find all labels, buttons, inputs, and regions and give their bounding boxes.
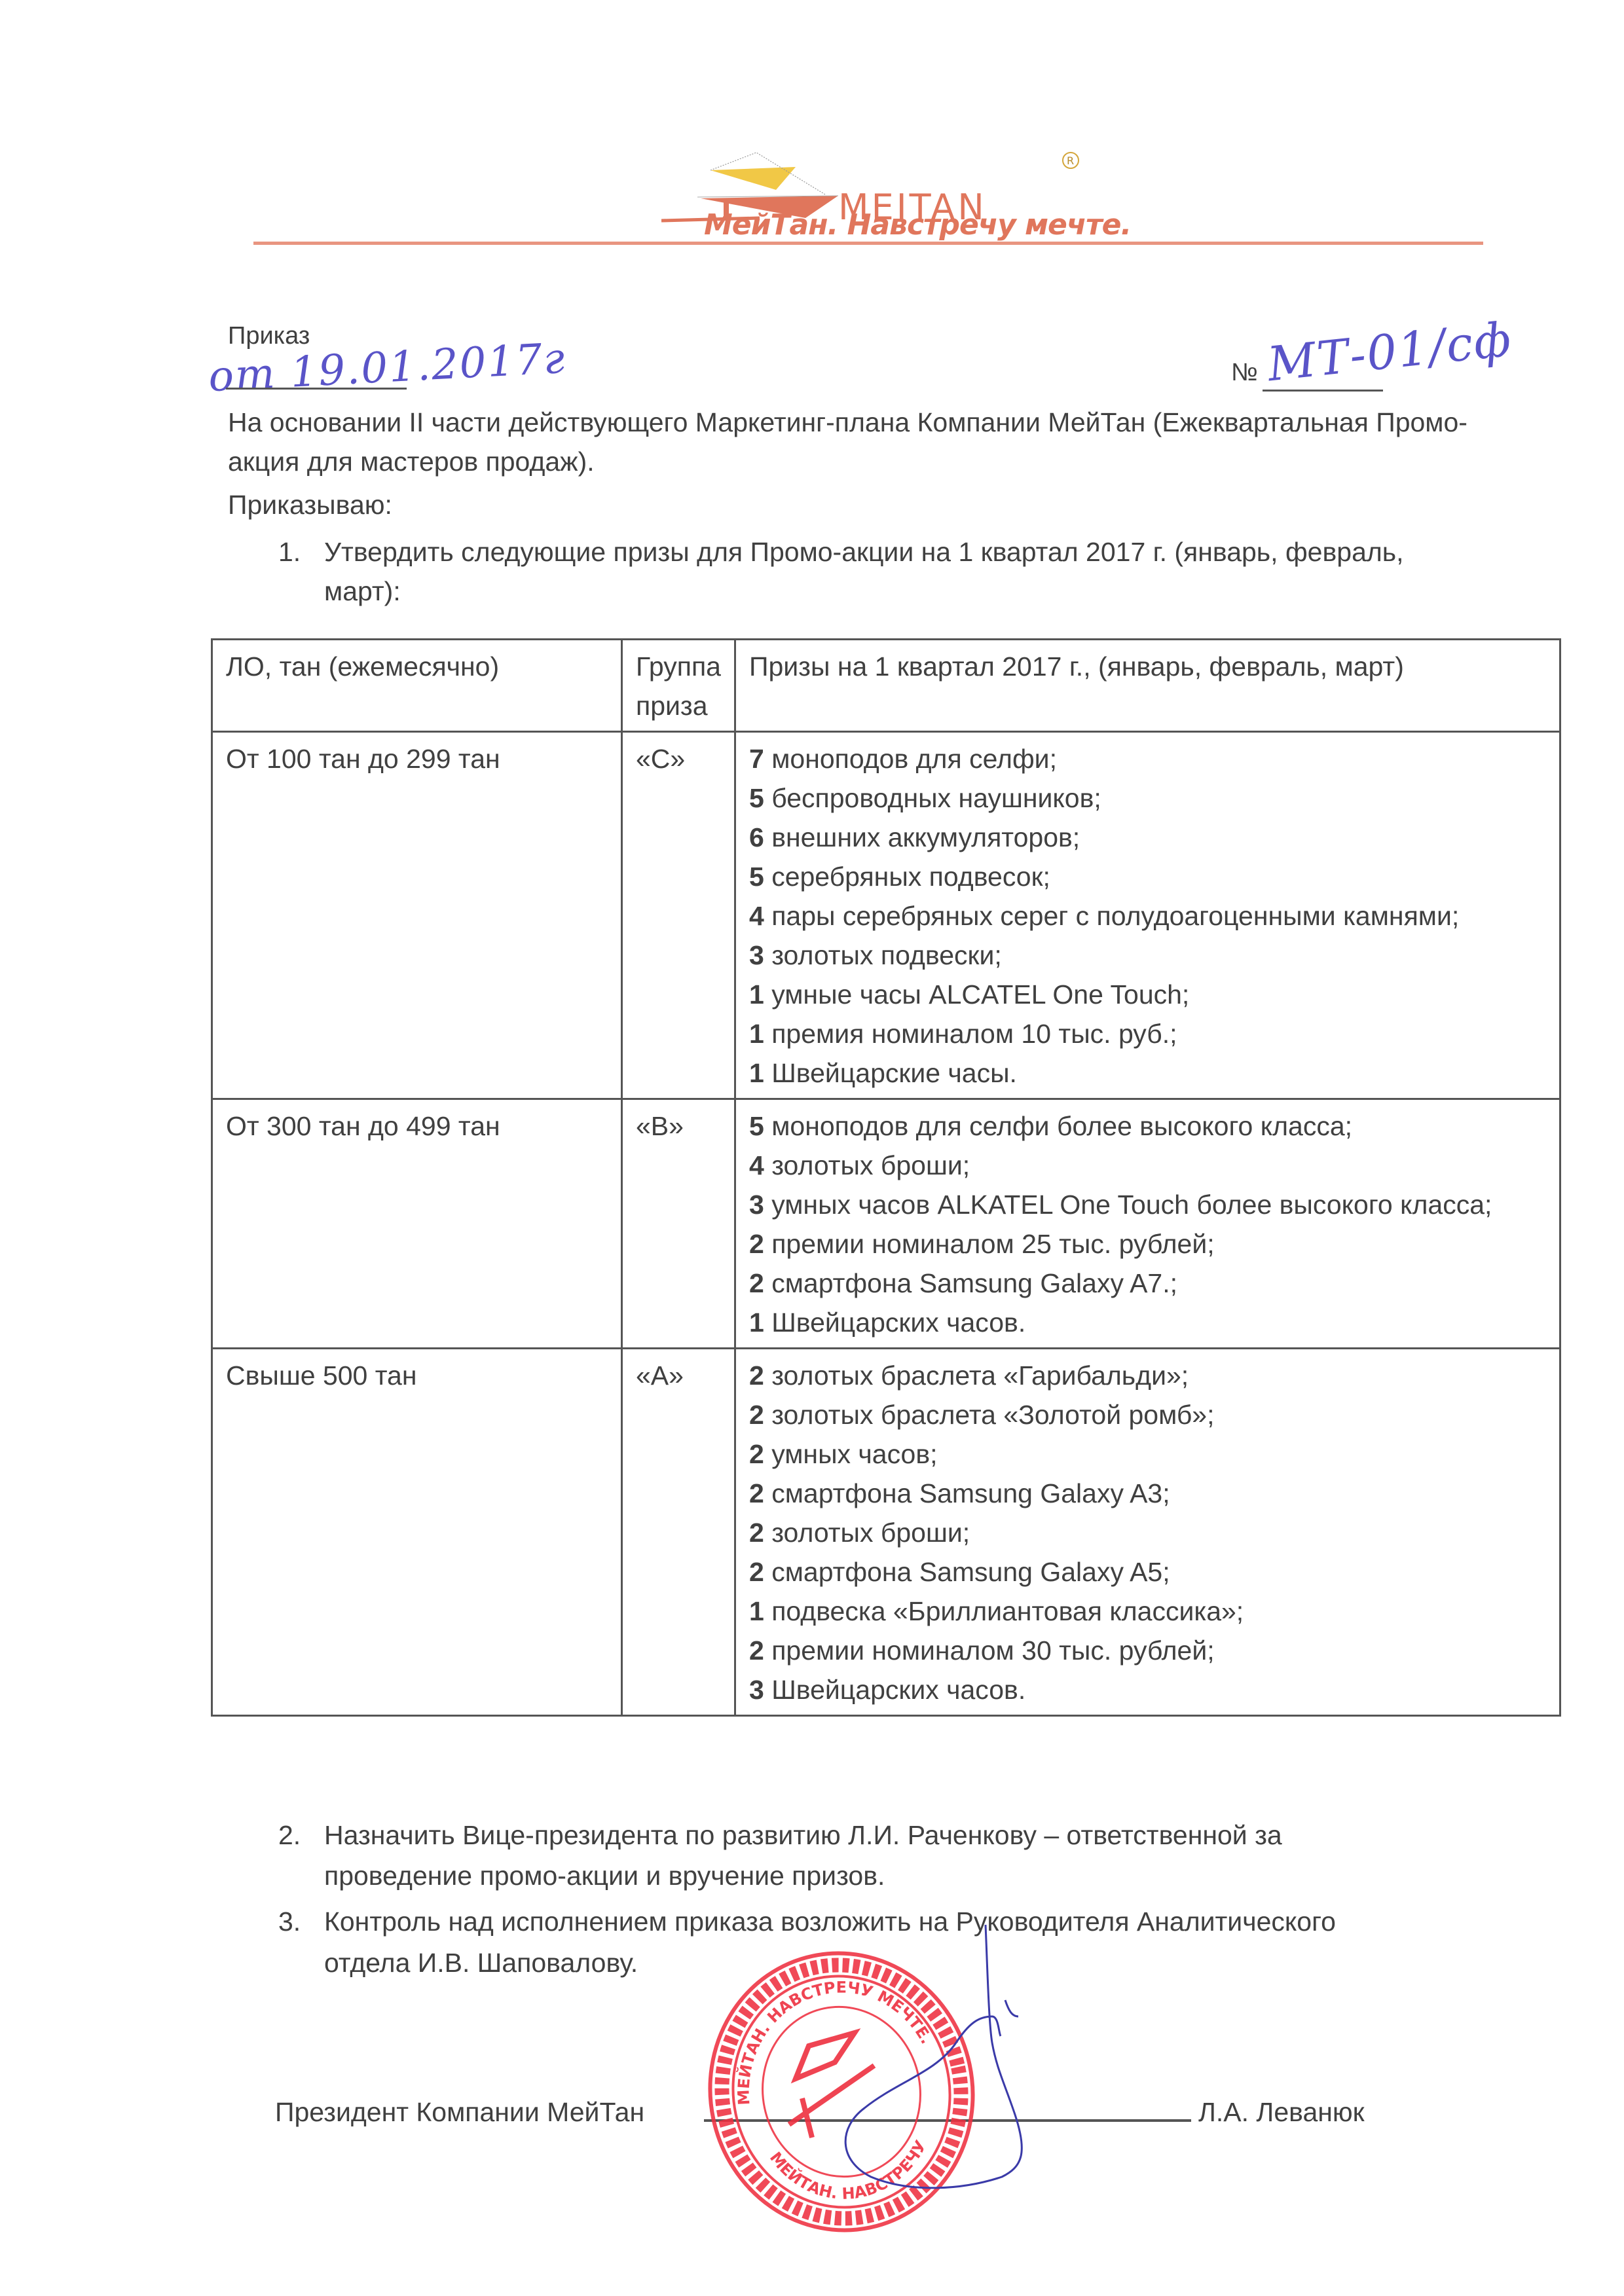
prize-item: 7 монoподов для селфи; bbox=[749, 739, 1546, 778]
prize-description: умных часов; bbox=[764, 1439, 938, 1469]
table-row: Свыше 500 тан «А» 2 золотых браслета «Га… bbox=[212, 1349, 1560, 1716]
prize-description: умные часы ALCATEL One Touch; bbox=[764, 979, 1190, 1010]
item-1-number: 1. bbox=[278, 537, 301, 568]
prize-quantity: 1 bbox=[749, 1596, 764, 1626]
prize-item: 3 золотых подвески; bbox=[749, 936, 1546, 975]
prize-table: ЛО, тан (ежемесячно) Группа приза Призы … bbox=[211, 638, 1561, 1717]
prize-description: внешних аккумуляторов; bbox=[764, 822, 1080, 852]
prize-item: 2 смартфона Samsung Galaxy A5; bbox=[749, 1552, 1546, 1592]
prize-quantity: 2 bbox=[749, 1478, 764, 1508]
prize-quantity: 2 bbox=[749, 1400, 764, 1430]
order-date-underline bbox=[226, 388, 407, 390]
header-group: Группа приза bbox=[622, 640, 735, 732]
prize-description: премии номиналом 30 тыс. рублей; bbox=[764, 1635, 1215, 1666]
prize-quantity: 3 bbox=[749, 1190, 764, 1220]
item-1-line-1: Утвердить следующие призы для Промо-акци… bbox=[324, 537, 1404, 568]
prize-item: 5 моноподов для селфи более высокого кла… bbox=[749, 1106, 1546, 1146]
table-header-row: ЛО, тан (ежемесячно) Группа приза Призы … bbox=[212, 640, 1560, 732]
prize-description: монoподов для селфи; bbox=[764, 744, 1057, 774]
prize-description: моноподов для селфи более высокого класс… bbox=[764, 1111, 1352, 1141]
prize-description: золотых подвески; bbox=[764, 940, 1002, 970]
row-prizes: 7 монoподов для селфи;5 беспроводных нау… bbox=[735, 732, 1560, 1099]
prize-description: Швейцарских часов. bbox=[764, 1675, 1025, 1705]
prize-quantity: 5 bbox=[749, 862, 764, 892]
prize-item: 1 премия номиналом 10 тыс. руб.; bbox=[749, 1014, 1546, 1053]
prize-quantity: 6 bbox=[749, 822, 764, 852]
prize-description: умных часов ALKATEL One Touch более высо… bbox=[764, 1190, 1492, 1220]
prize-quantity: 7 bbox=[749, 744, 764, 774]
prize-item: 1 умные часы ALCATEL One Touch; bbox=[749, 975, 1546, 1014]
signatory-name: Л.А. Леванюк bbox=[1198, 2097, 1365, 2128]
row-range: От 100 тан до 299 тан bbox=[212, 732, 622, 1099]
item-3-line-2: отдела И.В. Шаповалову. bbox=[324, 1948, 638, 1978]
row-range: От 300 тан до 499 тан bbox=[212, 1099, 622, 1349]
prize-item: 5 беспроводных наушников; bbox=[749, 778, 1546, 818]
prize-item: 6 внешних аккумуляторов; bbox=[749, 818, 1546, 857]
prize-item: 2 премии номиналом 30 тыс. рублей; bbox=[749, 1631, 1546, 1670]
prize-description: смартфона Samsung Galaxy A3; bbox=[764, 1478, 1170, 1508]
row-group: «А» bbox=[622, 1349, 735, 1716]
item-1-line-2: март): bbox=[324, 576, 401, 607]
item-2-line-1: Назначить Вице-президента по развитию Л.… bbox=[324, 1820, 1282, 1851]
svg-text:R: R bbox=[1067, 155, 1074, 167]
prize-quantity: 1 bbox=[749, 1058, 764, 1088]
prize-item: 2 золотых браслета «Гарибальди»; bbox=[749, 1356, 1546, 1395]
prize-quantity: 1 bbox=[749, 1019, 764, 1049]
prize-description: пары серебряных серег с полудоагоценными… bbox=[764, 901, 1459, 931]
prize-quantity: 2 bbox=[749, 1268, 764, 1298]
prize-description: смартфона Samsung Galaxy A7.; bbox=[764, 1268, 1177, 1298]
prize-quantity: 2 bbox=[749, 1229, 764, 1259]
prize-quantity: 5 bbox=[749, 1111, 764, 1141]
table-row: От 100 тан до 299 тан «С» 7 монoподов дл… bbox=[212, 732, 1560, 1099]
logo-tagline: МейТан. Навстречу мечте. bbox=[704, 208, 1131, 242]
prize-quantity: 4 bbox=[749, 901, 764, 931]
prize-quantity: 2 bbox=[749, 1557, 764, 1587]
header-prizes: Призы на 1 квартал 2017 г., (январь, фев… bbox=[735, 640, 1560, 732]
prize-item: 1 Швейцарских часов. bbox=[749, 1303, 1546, 1342]
prize-quantity: 2 bbox=[749, 1439, 764, 1469]
prize-item: 2 смартфона Samsung Galaxy A7.; bbox=[749, 1264, 1546, 1303]
prize-item: 4 пары серебряных серег с полудоагоценны… bbox=[749, 896, 1546, 936]
row-range: Свыше 500 тан bbox=[212, 1349, 622, 1716]
order-number-sign: № bbox=[1231, 359, 1258, 387]
prize-item: 2 золотых браслета «Золотой ромб»; bbox=[749, 1395, 1546, 1434]
prize-quantity: 1 bbox=[749, 1307, 764, 1338]
order-label: Приказ bbox=[228, 322, 310, 350]
prize-quantity: 3 bbox=[749, 940, 764, 970]
intro-line-2: акция для мастеров продаж). bbox=[228, 446, 595, 477]
prize-quantity: 2 bbox=[749, 1360, 764, 1391]
prize-item: 2 умных часов; bbox=[749, 1434, 1546, 1474]
prize-description: премия номиналом 10 тыс. руб.; bbox=[764, 1019, 1177, 1049]
prize-item: 2 премии номиналом 25 тыс. рублей; bbox=[749, 1224, 1546, 1264]
prize-description: беспроводных наушников; bbox=[764, 783, 1101, 813]
prize-description: золотых браслета «Золотой ромб»; bbox=[764, 1400, 1215, 1430]
prize-item: 3 умных часов ALKATEL One Touch более вы… bbox=[749, 1185, 1546, 1224]
header-range: ЛО, тан (ежемесячно) bbox=[212, 640, 622, 732]
prize-quantity: 2 bbox=[749, 1518, 764, 1548]
header-divider bbox=[253, 242, 1483, 245]
prize-description: подвеска «Бриллиантовая классика»; bbox=[764, 1596, 1244, 1626]
prize-description: Швейцарские часы. bbox=[764, 1058, 1017, 1088]
intro-line-1: На основании II части действующего Марке… bbox=[228, 407, 1467, 438]
row-group: «С» bbox=[622, 732, 735, 1099]
signatory-title: Президент Компании МейТан bbox=[275, 2097, 644, 2128]
ordering-label: Приказываю: bbox=[228, 490, 392, 520]
order-number-handwritten: МТ-01/сф bbox=[1265, 312, 1515, 392]
prize-description: золотых броши; bbox=[764, 1518, 970, 1548]
prize-item: 1 Швейцарские часы. bbox=[749, 1053, 1546, 1093]
prize-description: золотых броши; bbox=[764, 1150, 970, 1180]
row-group: «В» bbox=[622, 1099, 735, 1349]
item-2-line-2: проведение промо-акции и вручение призов… bbox=[324, 1861, 885, 1891]
prize-item: 1 подвеска «Бриллиантовая классика»; bbox=[749, 1592, 1546, 1631]
item-2-number: 2. bbox=[278, 1820, 301, 1851]
row-prizes: 2 золотых браслета «Гарибальди»;2 золоты… bbox=[735, 1349, 1560, 1716]
prize-quantity: 2 bbox=[749, 1635, 764, 1666]
prize-description: серебряных подвесок; bbox=[764, 862, 1050, 892]
table-row: От 300 тан до 499 тан «В» 5 моноподов дл… bbox=[212, 1099, 1560, 1349]
prize-quantity: 4 bbox=[749, 1150, 764, 1180]
handwritten-signature bbox=[753, 1918, 1048, 2213]
prize-item: 3 Швейцарских часов. bbox=[749, 1670, 1546, 1709]
prize-item: 5 серебряных подвесок; bbox=[749, 857, 1546, 896]
item-3-number: 3. bbox=[278, 1906, 301, 1937]
prize-description: премии номиналом 25 тыс. рублей; bbox=[764, 1229, 1215, 1259]
prize-quantity: 5 bbox=[749, 783, 764, 813]
prize-quantity: 3 bbox=[749, 1675, 764, 1705]
prize-item: 2 смартфона Samsung Galaxy A3; bbox=[749, 1474, 1546, 1513]
row-prizes: 5 моноподов для селфи более высокого кла… bbox=[735, 1099, 1560, 1349]
prize-description: Швейцарских часов. bbox=[764, 1307, 1025, 1338]
prize-quantity: 1 bbox=[749, 979, 764, 1010]
prize-item: 4 золотых броши; bbox=[749, 1146, 1546, 1185]
prize-description: смартфона Samsung Galaxy A5; bbox=[764, 1557, 1170, 1587]
prize-item: 2 золотых броши; bbox=[749, 1513, 1546, 1552]
prize-description: золотых браслета «Гарибальди»; bbox=[764, 1360, 1189, 1391]
